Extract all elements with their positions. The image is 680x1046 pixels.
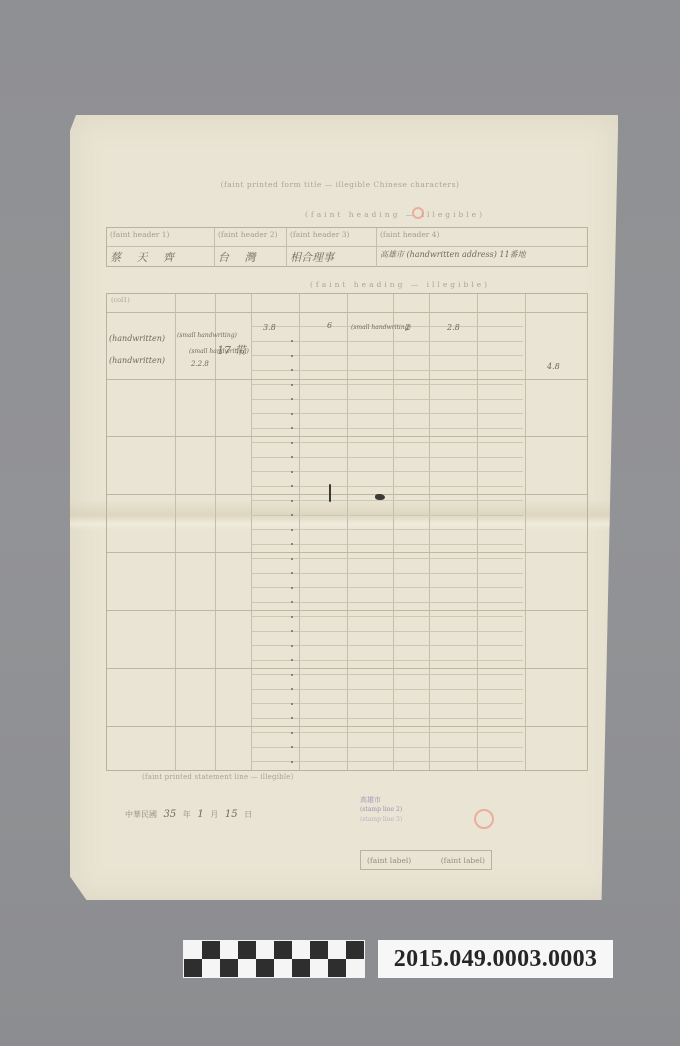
purple-official-stamp: 高雄市 (stamp line 2) (stamp line 3): [360, 795, 402, 825]
year-label: 年: [183, 810, 191, 819]
section2-heading: (faint heading — illegible): [310, 280, 490, 289]
date-month: 1: [197, 809, 203, 820]
block-divider: [107, 494, 587, 495]
personal-info-table: (faint header 1) (faint header 2) (faint…: [106, 227, 588, 267]
occupation-value: 相合理事: [287, 247, 377, 267]
signature-label-left: (faint label): [367, 856, 411, 865]
date-year: 35: [164, 809, 177, 820]
entry-col8: 2.8: [447, 323, 460, 332]
column-divider: [525, 294, 526, 770]
personal-data-row: 蔡 天 齊 台 灣 相合理事 高雄市 (handwritten address)…: [107, 247, 587, 267]
date-line: 中華民國 35 年 1 月 15 日: [125, 809, 252, 820]
stamp-line: (stamp line 3): [360, 815, 402, 825]
entry-col10: 4.8: [547, 362, 560, 371]
personal-header-row: (faint header 1) (faint header 2) (faint…: [107, 228, 587, 247]
entry-col7: 2: [405, 323, 410, 332]
entry-col2-line1: (small handwriting): [177, 332, 237, 339]
column-divider: [477, 294, 478, 770]
signature-box: (faint label) (faint label): [360, 850, 492, 870]
column-divider: [429, 294, 430, 770]
entry-col1-line1: (handwritten): [109, 334, 165, 343]
origin-value: 台 灣: [215, 247, 287, 267]
header-cell: (faint header 1): [107, 228, 215, 246]
column-divider: [175, 294, 176, 770]
column-divider: [393, 294, 394, 770]
name-value: 蔡 天 齊: [107, 247, 215, 267]
red-seal-small: [412, 207, 424, 219]
header-cell: (faint header 4): [377, 228, 587, 246]
signature-label-right: (faint label): [441, 856, 485, 865]
stamp-line: 高雄市: [360, 795, 402, 805]
address-value: 高雄市 (handwritten address) 11番地: [377, 247, 587, 267]
ink-blot: [375, 494, 385, 500]
statement-line: (faint printed statement line — illegibl…: [142, 773, 542, 781]
day-label: 日: [244, 810, 252, 819]
stamp-line: (stamp line 2): [360, 805, 402, 815]
section1-heading: (faint heading — illegible): [305, 210, 485, 219]
red-seal: [474, 809, 494, 829]
block-divider: [107, 726, 587, 727]
date-prefix: 中華民國: [125, 810, 157, 819]
ink-stroke: [329, 484, 331, 502]
block-divider: [107, 436, 587, 437]
form-title: (faint printed form title — illegible Ch…: [170, 180, 510, 189]
column-divider: [299, 294, 300, 770]
header-cell: (faint header 2): [215, 228, 287, 246]
block-divider: [107, 668, 587, 669]
accession-number: 2015.049.0003.0003: [378, 940, 613, 978]
column-divider: [215, 294, 216, 770]
document-paper: (faint printed form title — illegible Ch…: [70, 115, 618, 900]
block-divider: [107, 379, 587, 380]
date-day: 15: [225, 809, 238, 820]
block-divider: [107, 552, 587, 553]
entry-col4: 3.8: [263, 323, 276, 332]
entry-col6: (small handwriting): [351, 324, 411, 331]
entry-col3: 17 带: [217, 342, 246, 358]
header-cell: (faint header 3): [287, 228, 377, 246]
column-divider: [251, 294, 252, 770]
main-table: (col1) (handwritten) (handwritten) (smal…: [106, 293, 588, 771]
entry-col2-line3: 2.2.8: [191, 360, 209, 368]
color-scale-bar: [183, 940, 365, 978]
month-label: 月: [210, 810, 218, 819]
entry-col5: 6: [327, 321, 332, 330]
block-divider: [107, 610, 587, 611]
entry-col1-line2: (handwritten): [109, 356, 165, 365]
column-divider: [347, 294, 348, 770]
